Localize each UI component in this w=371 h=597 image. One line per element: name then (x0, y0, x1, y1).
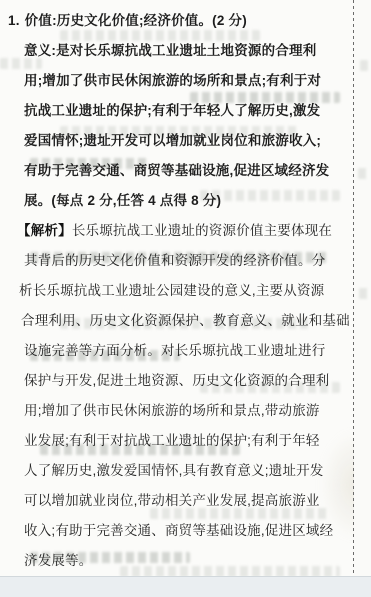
analysis-line: 【解析】长乐塬抗战工业遗址的资源价值主要体现在 (0, 216, 354, 246)
analysis-line: 合理利用、历史文化资源保护、教育意义、就业和基础 (0, 306, 354, 336)
analysis-line: 济发展等。 (0, 546, 354, 576)
page-gutter (354, 0, 371, 576)
scanned-answer-page: 1.价值:历史文化价值;经济价值。(2 分) 意义:是对长乐塬抗战工业遗址土地资… (0, 0, 371, 597)
answer-line: 1.价值:历史文化价值;经济价值。(2 分) (0, 6, 354, 36)
analysis-line: 用;增加了供市民休闲旅游的场所和景点,带动旅游 (0, 396, 354, 426)
analysis-line: 保护与开发,促进土地资源、历史文化资源的合理利 (0, 366, 354, 396)
bleed-through-mark (358, 168, 368, 179)
content-column: 1.价值:历史文化价值;经济价值。(2 分) 意义:是对长乐塬抗战工业遗址土地资… (0, 6, 354, 576)
analysis-line-text: 长乐塬抗战工业遗址的资源价值主要体现在 (72, 223, 332, 238)
column-divider-dashed-line (353, 0, 354, 576)
answer-line: 用;增加了供市民休闲旅游的场所和景点;有利于对 (0, 66, 354, 96)
answer-line: 有助于完善交通、商贸等基础设施,促进区域经济发 (0, 156, 354, 186)
analysis-line: 收入;有助于完善交通、商贸等基础设施,促进区域经 (0, 516, 354, 546)
answer-line: 展。(每点 2 分,任答 4 点得 8 分) (0, 186, 354, 216)
analysis-line: 其背后的历史文化价值和资源开发的经济价值。分 (0, 246, 354, 276)
analysis-line: 业发展;有利于对抗战工业遗址的保护;有利于年轻 (0, 426, 354, 456)
analysis-line: 人了解历史,激发爱国情怀,具有教育意义;遗址开发 (0, 456, 354, 486)
answer-line: 意义:是对长乐塬抗战工业遗址土地资源的合理利 (0, 36, 354, 66)
analysis-line: 析长乐塬抗战工业遗址公园建设的意义,主要从资源 (0, 276, 354, 306)
answer-line-text: 价值:历史文化价值;经济价值。(2 分) (25, 13, 247, 28)
answer-line: 爱国情怀;遗址开发可以增加就业岗位和旅游收入; (0, 126, 354, 156)
analysis-line: 可以增加就业岗位,带动相关产业发展,提高旅游业 (0, 486, 354, 516)
bleed-through-mark (359, 288, 368, 299)
answer-line: 抗战工业遗址的保护;有利于年轻人了解历史,激发 (0, 96, 354, 126)
analysis-line: 设施完善等方面分析。对长乐塬抗战工业遗址进行 (0, 336, 354, 366)
analysis-label: 【解析】 (17, 223, 72, 238)
question-number: 1. (8, 13, 20, 28)
bottom-edge-strip (0, 576, 371, 597)
bleed-through-mark (360, 60, 368, 71)
